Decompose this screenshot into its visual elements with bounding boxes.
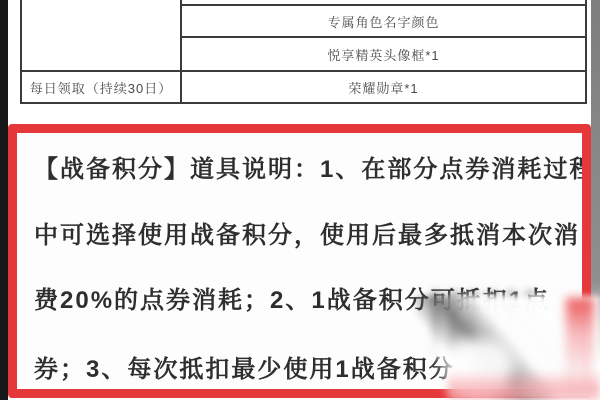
table-cell-item-3: 荣耀勋章*1	[181, 71, 586, 103]
table-cell-claim-period: 每日领取（持续30日）	[21, 71, 181, 103]
smeared-red-border-bottom	[448, 370, 600, 400]
table-cell-item-1: 专属角色名字颜色	[181, 5, 586, 37]
left-edge-bar	[0, 0, 8, 400]
description-line-2: 中可选择使用战备积分，使用后最多抵消本次消	[34, 218, 582, 254]
table-cell-item-2: 悦享精英头像框*1	[181, 37, 586, 71]
rewards-table: 专属角色名字颜色 悦享精英头像框*1 每日领取（持续30日） 荣耀勋章*1	[20, 0, 587, 104]
table-cell-category-merged	[21, 0, 181, 71]
description-line-1: 【战备积分】道具说明：1、在部分点券消耗过程	[34, 152, 582, 188]
screenshot-stage: 专属角色名字颜色 悦享精英头像框*1 每日领取（持续30日） 荣耀勋章*1 【战…	[0, 0, 600, 400]
table-row: 每日领取（持续30日） 荣耀勋章*1	[21, 71, 586, 103]
